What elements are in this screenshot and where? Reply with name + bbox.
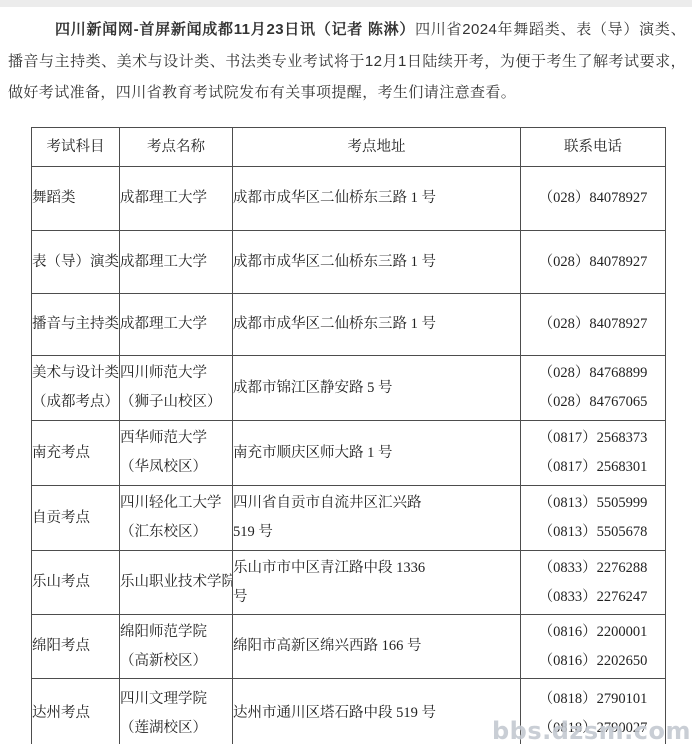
- cell-exam-subject: 播音与主持类: [32, 294, 120, 356]
- top-strip: [0, 0, 692, 7]
- cell-site-name: 四川轻化工大学 （汇东校区）: [120, 486, 233, 551]
- table-row: 播音与主持类 成都理工大学 成都市成华区二仙桥东三路 1 号 （028）8407…: [32, 294, 666, 356]
- cell-exam-subject: 南充考点: [32, 421, 120, 486]
- cell-contact-phone: （028）84078927: [521, 167, 666, 231]
- cell-site-name: 乐山职业技术学院: [120, 551, 233, 615]
- cell-contact-phone: （0816）2200001 （0816）2202650: [521, 615, 666, 679]
- article-intro: 四川新闻网-首屏新闻成都11月23日讯（记者 陈淋）四川省2024年舞蹈类、表（…: [8, 14, 686, 109]
- table-row: 自贡考点 四川轻化工大学 （汇东校区） 四川省自贡市自流井区汇兴路 519 号 …: [32, 486, 666, 551]
- cell-contact-phone: （028）84768899 （028）84767065: [521, 356, 666, 421]
- cell-contact-phone: （028）84078927: [521, 231, 666, 294]
- cell-site-address: 成都市成华区二仙桥东三路 1 号: [233, 167, 521, 231]
- table-row: 美术与设计类 （成都考点） 四川师范大学 （狮子山校区） 成都市锦江区静安路 5…: [32, 356, 666, 421]
- cell-site-address: 四川省自贡市自流井区汇兴路 519 号: [233, 486, 521, 551]
- cell-contact-phone: （0813）5505999 （0813）5505678: [521, 486, 666, 551]
- cell-site-address: 达州市通川区塔石路中段 519 号: [233, 679, 521, 744]
- col-header-exam-subject: 考试科目: [32, 128, 120, 167]
- cell-contact-phone: （0818）2790101 （0818）2790027: [521, 679, 666, 744]
- cell-site-name: 成都理工大学: [120, 294, 233, 356]
- cell-site-address: 成都市成华区二仙桥东三路 1 号: [233, 231, 521, 294]
- cell-site-name: 绵阳师范学院 （高新校区）: [120, 615, 233, 679]
- cell-contact-phone: （0817）2568373 （0817）2568301: [521, 421, 666, 486]
- cell-exam-subject: 达州考点: [32, 679, 120, 744]
- cell-contact-phone: （0833）2276288 （0833）2276247: [521, 551, 666, 615]
- cell-exam-subject: 舞蹈类: [32, 167, 120, 231]
- cell-exam-subject: 乐山考点: [32, 551, 120, 615]
- table-row: 舞蹈类 成都理工大学 成都市成华区二仙桥东三路 1 号 （028）8407892…: [32, 167, 666, 231]
- cell-site-name: 四川文理学院 （莲湖校区）: [120, 679, 233, 744]
- table-row: 达州考点 四川文理学院 （莲湖校区） 达州市通川区塔石路中段 519 号 （08…: [32, 679, 666, 744]
- col-header-site-name: 考点名称: [120, 128, 233, 167]
- table-header-row: 考试科目 考点名称 考点地址 联系电话: [32, 128, 666, 167]
- cell-site-address: 绵阳市高新区绵兴西路 166 号: [233, 615, 521, 679]
- col-header-contact-phone: 联系电话: [521, 128, 666, 167]
- col-header-site-address: 考点地址: [233, 128, 521, 167]
- exam-sites-table: 考试科目 考点名称 考点地址 联系电话 舞蹈类 成都理工大学 成都市成华区二仙桥…: [31, 127, 666, 744]
- cell-contact-phone: （028）84078927: [521, 294, 666, 356]
- table-row: 南充考点 西华师范大学 （华凤校区） 南充市顺庆区师大路 1 号 （0817）2…: [32, 421, 666, 486]
- cell-site-name: 西华师范大学 （华凤校区）: [120, 421, 233, 486]
- cell-site-address: 成都市锦江区静安路 5 号: [233, 356, 521, 421]
- cell-exam-subject: 绵阳考点: [32, 615, 120, 679]
- cell-site-name: 成都理工大学: [120, 167, 233, 231]
- cell-exam-subject: 自贡考点: [32, 486, 120, 551]
- cell-site-name: 成都理工大学: [120, 231, 233, 294]
- cell-site-name: 四川师范大学 （狮子山校区）: [120, 356, 233, 421]
- cell-exam-subject: 美术与设计类 （成都考点）: [32, 356, 120, 421]
- cell-site-address: 成都市成华区二仙桥东三路 1 号: [233, 294, 521, 356]
- table-row: 表（导）演类 成都理工大学 成都市成华区二仙桥东三路 1 号 （028）8407…: [32, 231, 666, 294]
- article-intro-dateline: 四川新闻网-首屏新闻成都11月23日讯（记者 陈淋）: [55, 21, 415, 38]
- cell-exam-subject: 表（导）演类: [32, 231, 120, 294]
- cell-site-address: 乐山市市中区青江路中段 1336 号: [233, 551, 521, 615]
- cell-site-address: 南充市顺庆区师大路 1 号: [233, 421, 521, 486]
- table-row: 绵阳考点 绵阳师范学院 （高新校区） 绵阳市高新区绵兴西路 166 号 （081…: [32, 615, 666, 679]
- table-row: 乐山考点 乐山职业技术学院 乐山市市中区青江路中段 1336 号 （0833）2…: [32, 551, 666, 615]
